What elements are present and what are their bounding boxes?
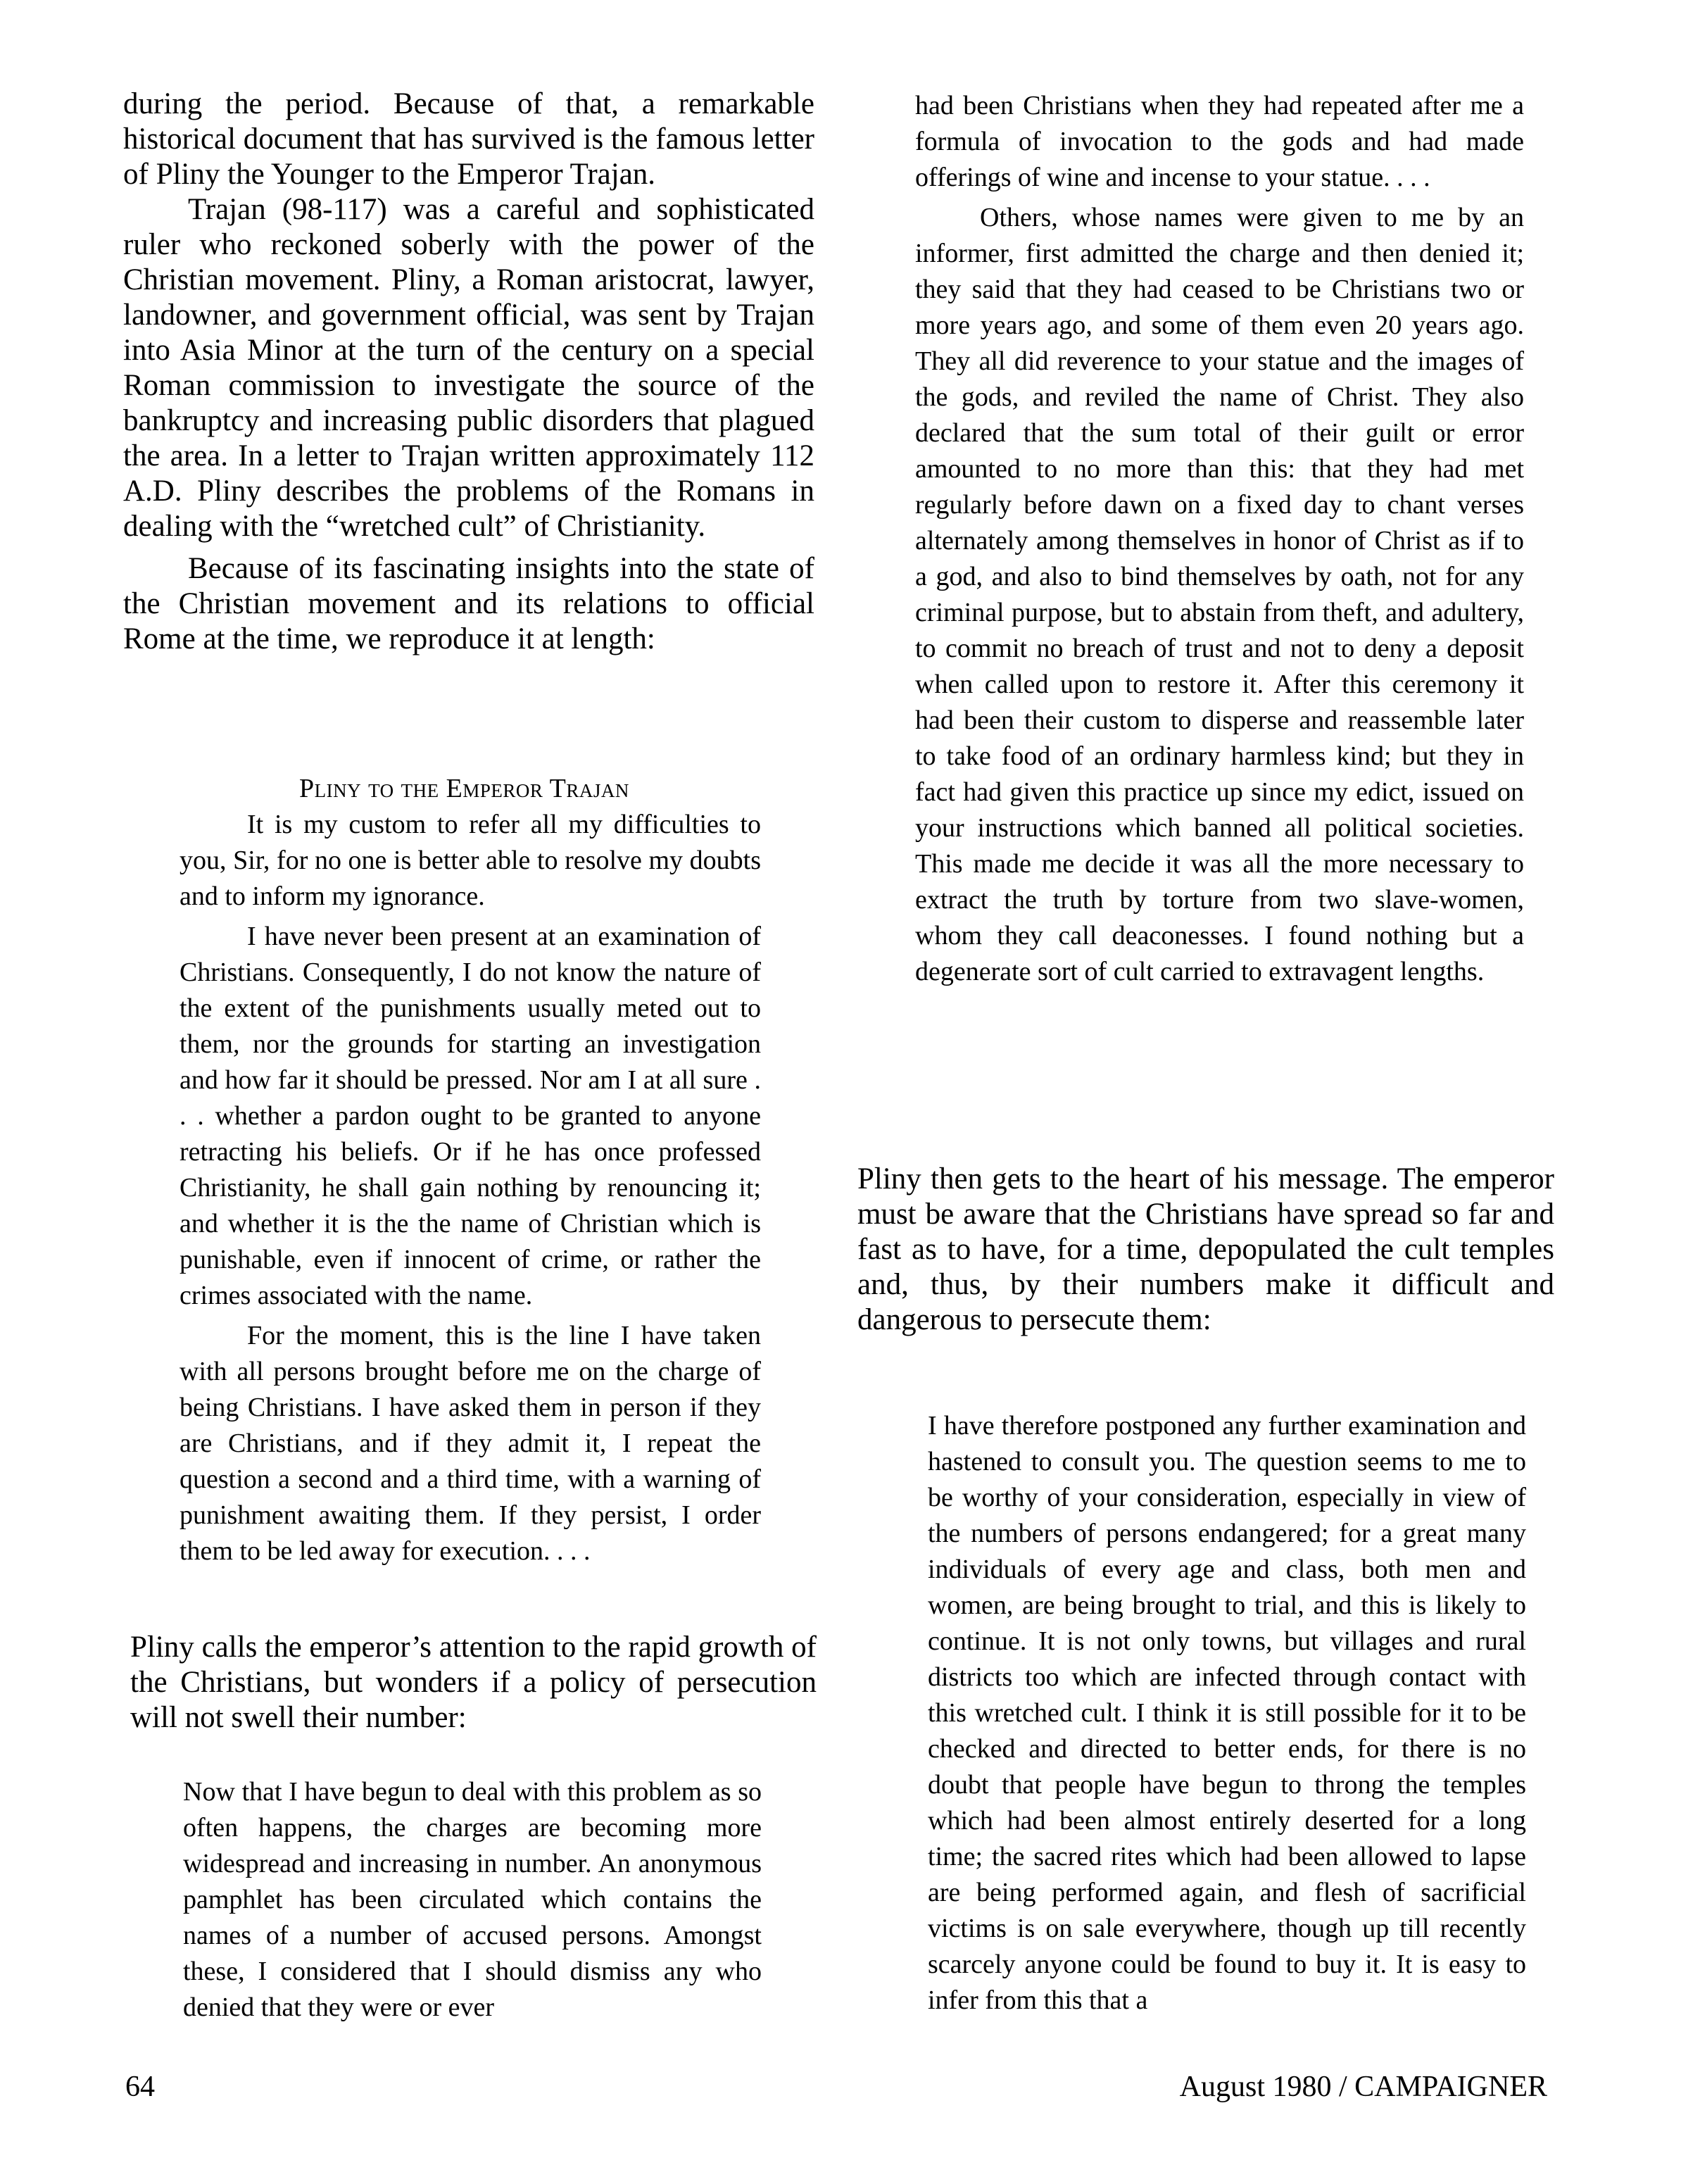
quote-paragraph: had been Christians when they had repeat…	[915, 88, 1524, 196]
quote-paragraph: I have therefore postponed any further e…	[928, 1408, 1526, 2019]
commentary-paragraph: Pliny calls the emperor’s attention to t…	[130, 1630, 817, 1736]
left-intro: during the period. Because of that, a re…	[123, 87, 814, 657]
intro-paragraph: Trajan (98-117) was a careful and sophis…	[123, 192, 814, 544]
letter-title: Pliny to the Emperor Trajan	[180, 771, 761, 807]
quote-paragraph: Now that I have begun to deal with this …	[183, 1774, 762, 2026]
right-quote: I have therefore postponed any further e…	[928, 1408, 1526, 2019]
page-number: 64	[125, 2070, 155, 2104]
issue-line: August 1980 / CAMPAIGNER	[1180, 2070, 1547, 2104]
intro-paragraph: during the period. Because of that, a re…	[123, 87, 814, 192]
letter-paragraph: I have never been present at an examinat…	[180, 919, 761, 1314]
letter-paragraph: It is my custom to refer all my difficul…	[180, 807, 761, 915]
letter-paragraph: For the moment, this is the line I have …	[180, 1318, 761, 1569]
left-quote: Now that I have begun to deal with this …	[183, 1774, 762, 2026]
right-quote-continued: had been Christians when they had repeat…	[915, 88, 1524, 990]
left-commentary: Pliny calls the emperor’s attention to t…	[130, 1630, 817, 1736]
right-commentary: Pliny then gets to the heart of his mess…	[857, 1162, 1554, 1338]
letter-block: Pliny to the Emperor Trajan It is my cus…	[180, 771, 761, 1569]
intro-paragraph: Because of its fascinating insights into…	[123, 551, 814, 657]
quote-paragraph: Others, whose names were given to me by …	[915, 200, 1524, 990]
commentary-paragraph: Pliny then gets to the heart of his mess…	[857, 1162, 1554, 1338]
